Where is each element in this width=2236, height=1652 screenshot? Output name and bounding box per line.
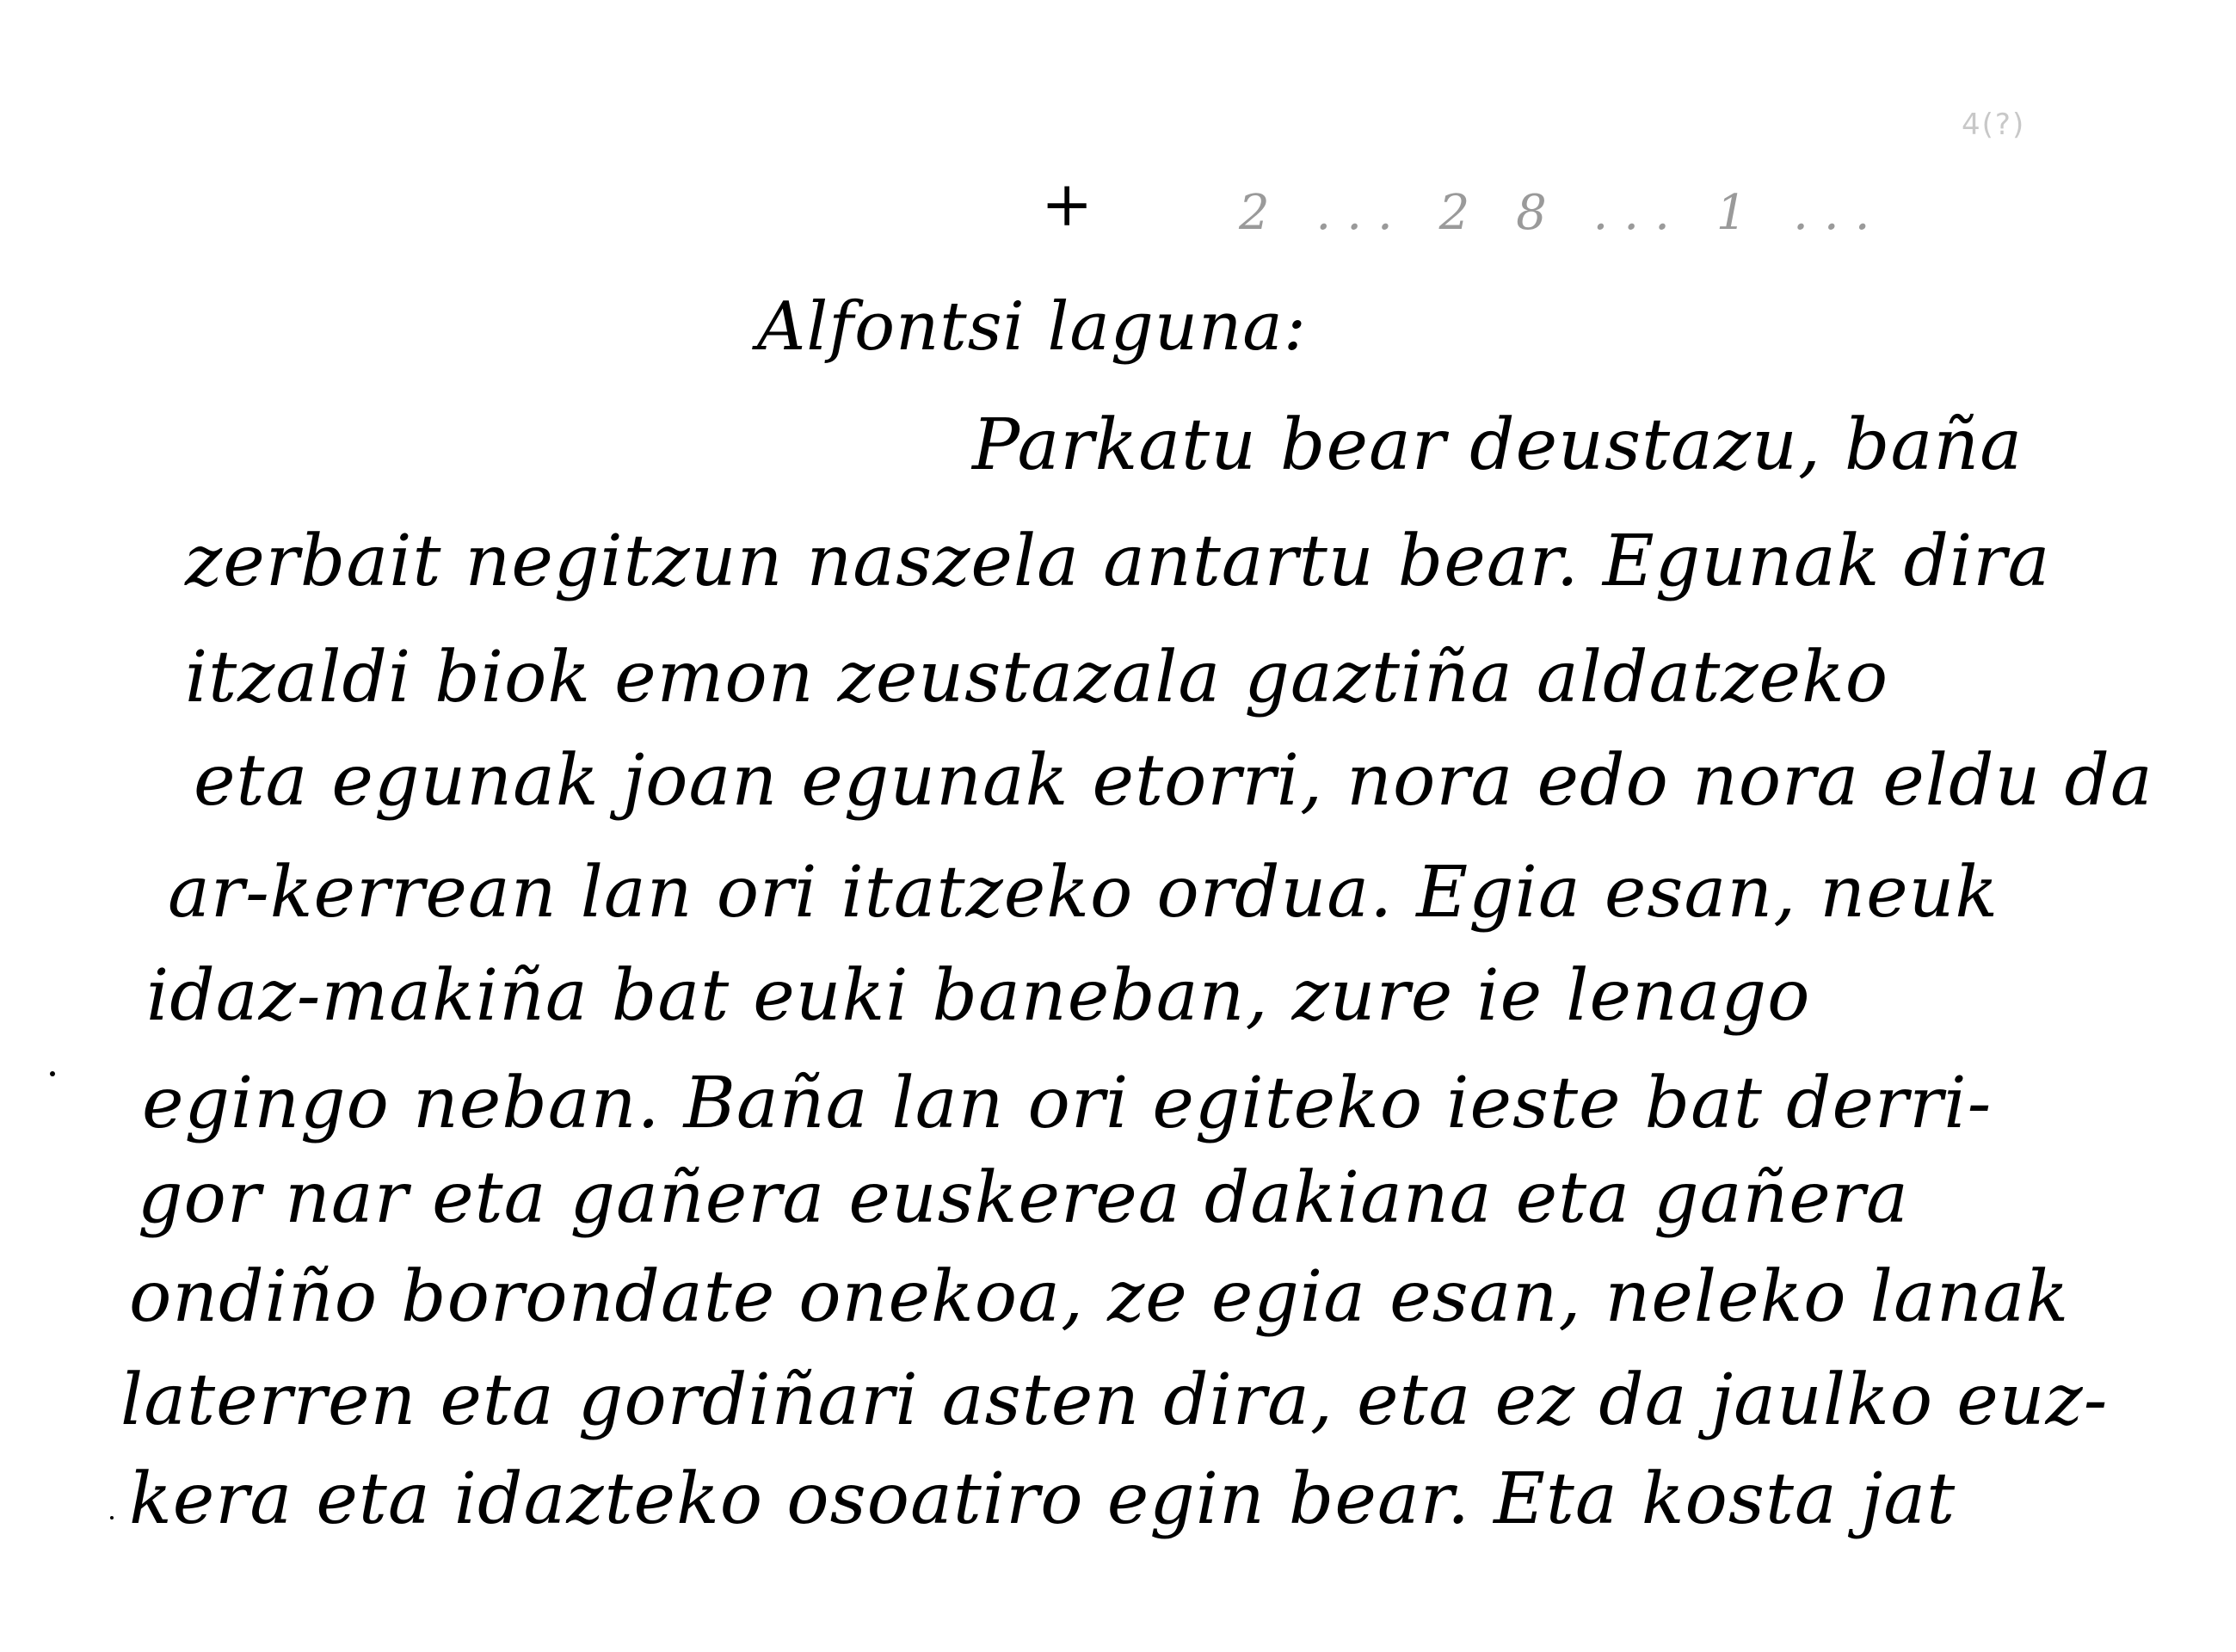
letter-line: egingo neban. Baña lan ori egiteko ieste… [142, 1063, 1992, 1144]
faint-header-note: 2 ... 2 8 ... 1 ... [1239, 185, 1886, 241]
letter-line: zerbait negitzun naszela antartu bear. E… [185, 521, 2050, 602]
salutation: Alfontsi laguna: [757, 288, 1307, 366]
letter-page: 4(?) + 2 ... 2 8 ... 1 ... Alfontsi lagu… [0, 0, 2236, 1652]
ink-speck [110, 1516, 114, 1519]
letter-line: kera eta idazteko osoatiro egin bear. Et… [129, 1458, 1956, 1540]
ink-speck [50, 1071, 55, 1076]
letter-line: Parkatu bear deustazu, baña [972, 404, 2023, 486]
letter-line: itzaldi biok emon zeustazala gaztiña ald… [185, 637, 1888, 718]
letter-line: ondiño borondate onekoa, ze egia esan, n… [129, 1256, 2069, 1338]
letter-line: gor nar eta gañera euskerea dakiana eta … [138, 1157, 1909, 1239]
archive-number: 4(?) [1962, 108, 2025, 142]
letter-line: eta egunak joan egunak etorri, nora edo … [194, 740, 2153, 822]
letter-line: ar-kerrean lan ori itatzeko ordua. Egia … [168, 852, 1999, 934]
letter-line: idaz-makiña bat euki baneban, zure ie le… [146, 955, 1811, 1037]
letter-line: laterren eta gordiñari asten dira, eta e… [120, 1359, 2108, 1441]
cross-mark: + [1041, 168, 1093, 240]
